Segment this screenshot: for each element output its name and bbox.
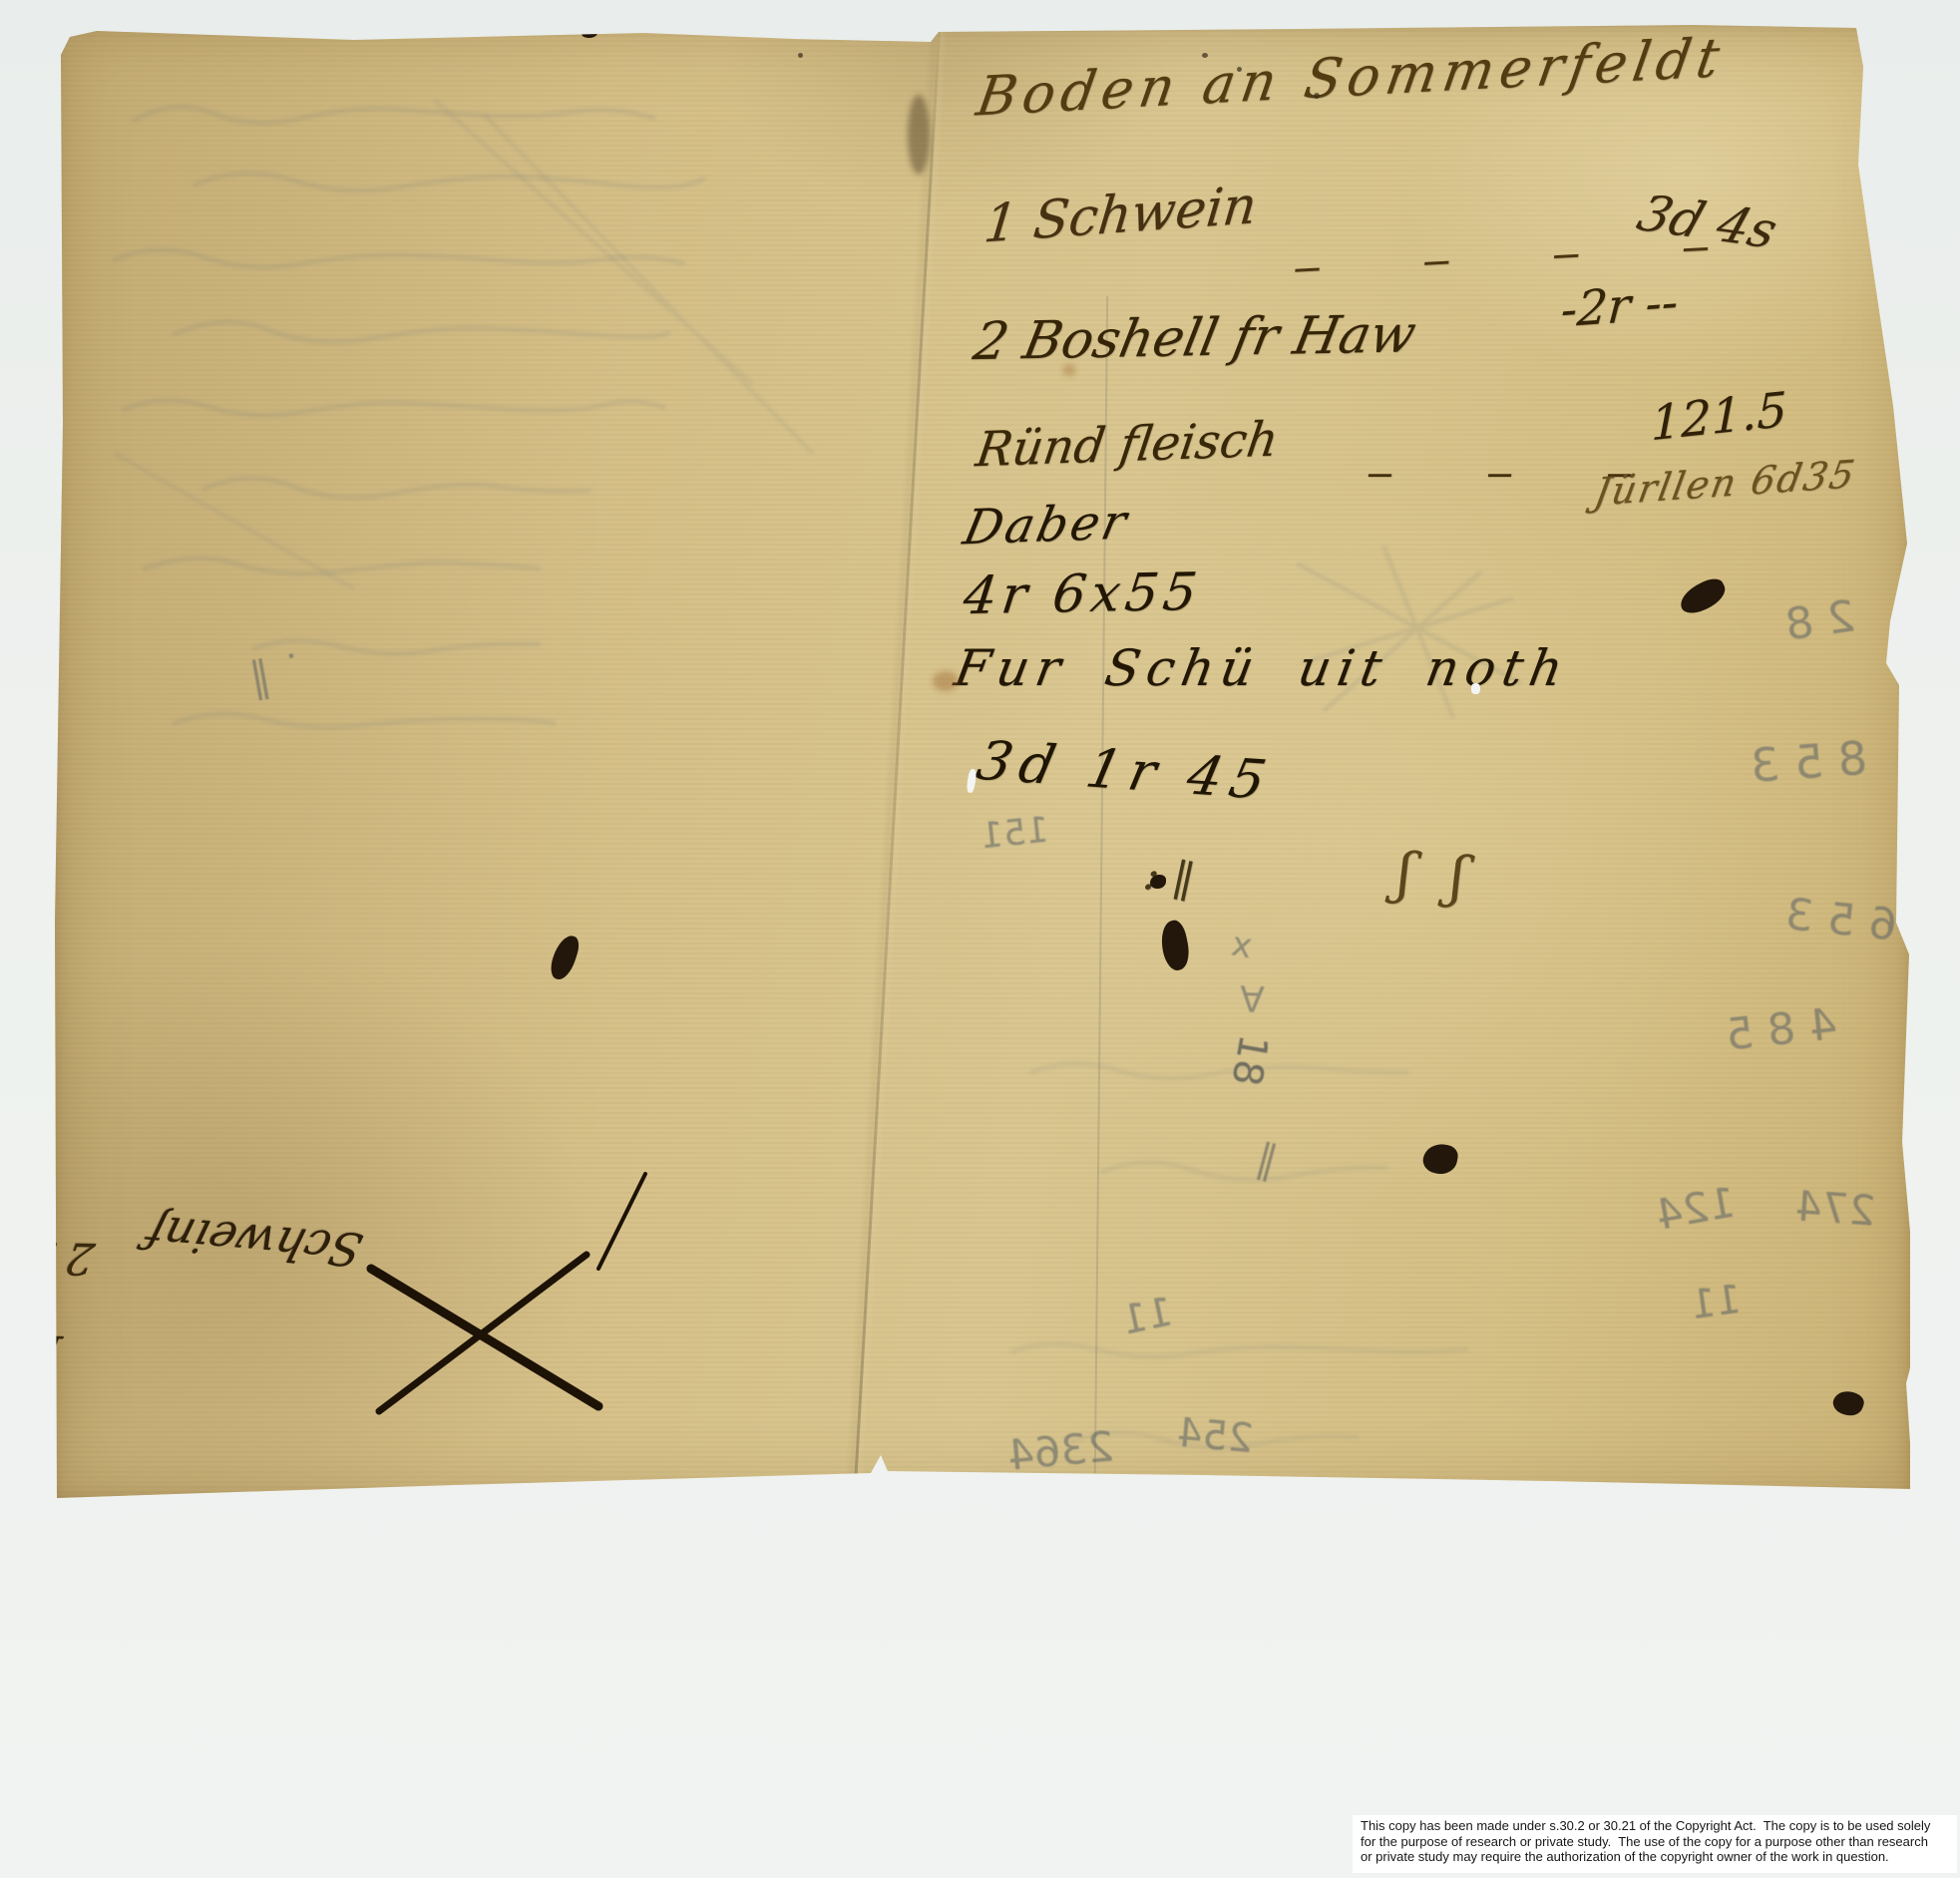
manuscript-paper: Boden an Sommerfeldt 1 Schwein ‒ ‒ ‒ ‒ 3… [55, 25, 1910, 1498]
copyright-line-2: for the purpose of research or private s… [1361, 1834, 1951, 1850]
copyright-line-1: This copy has been made under s.30.2 or … [1361, 1818, 1951, 1834]
copyright-line-3: or private study may require the authori… [1361, 1849, 1951, 1865]
rust-stain [1062, 364, 1076, 376]
ink-speck [1314, 93, 1320, 99]
copyright-notice: This copy has been made under s.30.2 or … [1353, 1815, 1957, 1873]
ink-speck [1202, 53, 1208, 58]
smudge-stain [908, 95, 930, 175]
rust-stain [933, 671, 959, 691]
ink-speck [798, 53, 803, 58]
paper-fleck [1471, 683, 1480, 694]
reverse-line-b: Heinrich an Sommerfeldt [0, 1314, 65, 1379]
ink-speck [1237, 67, 1242, 72]
crossout-strokes [55, 25, 1910, 1498]
